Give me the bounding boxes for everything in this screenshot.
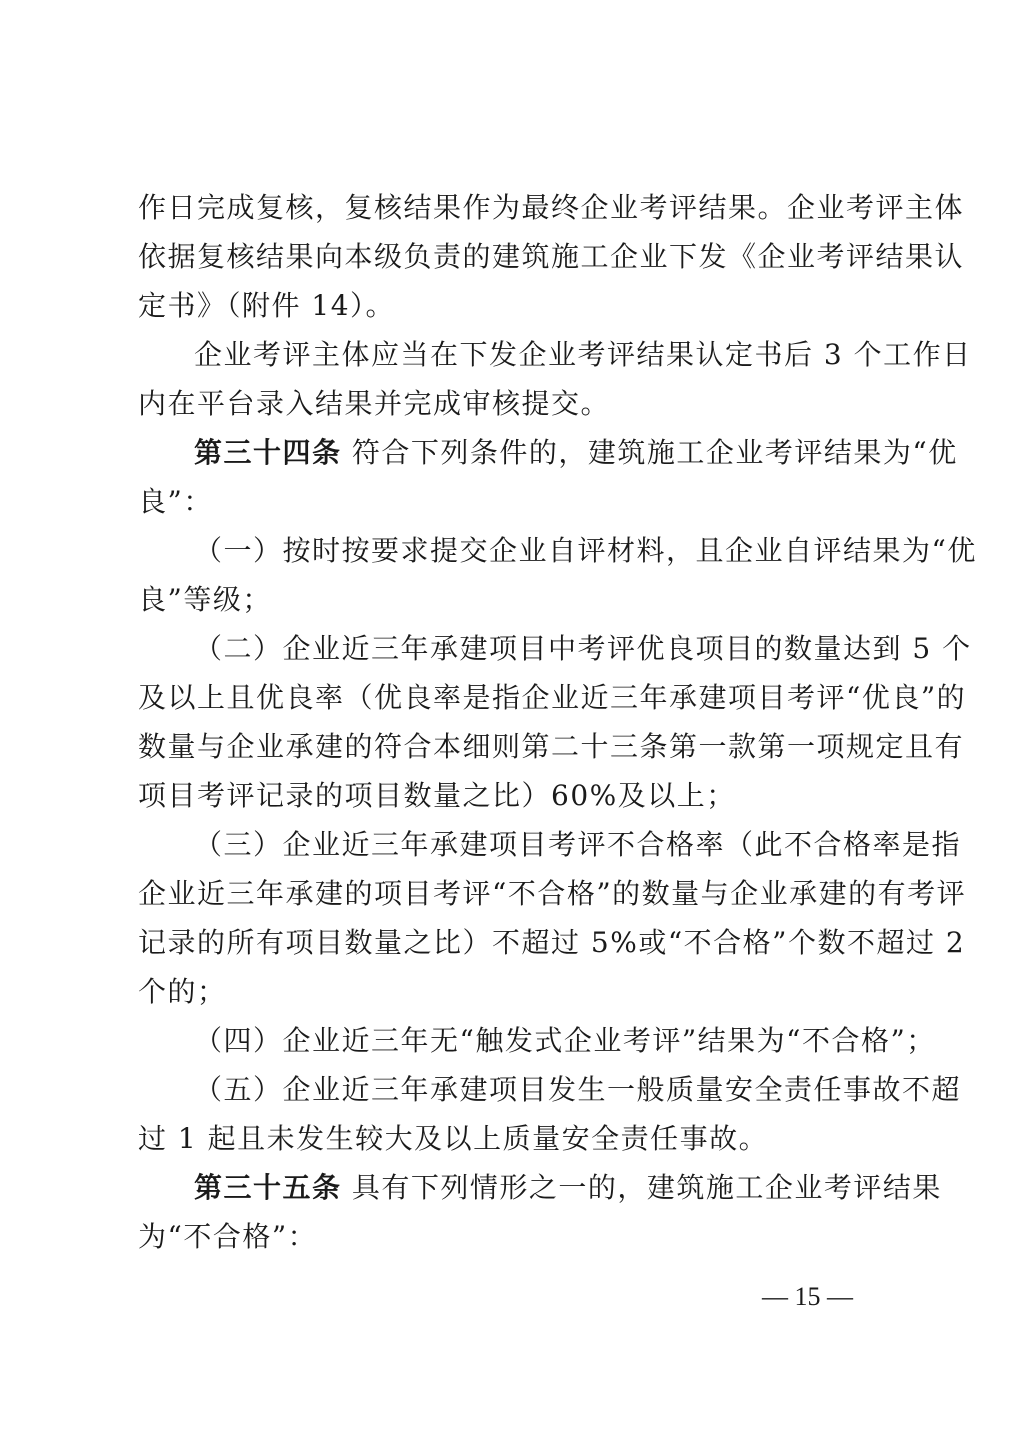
text-line: 为“不合格”： xyxy=(138,1212,890,1261)
paragraph-review-result: 作日完成复核，复核结果作为最终企业考评结果。企业考评主体 依据复核结果向本级负责… xyxy=(138,183,890,330)
text-line: （三）企业近三年承建项目考评不合格率（此不合格率是指 xyxy=(138,820,890,869)
condition-item-1: （一）按时按要求提交企业自评材料，且企业自评结果为“优 良”等级； xyxy=(138,526,890,624)
text-line: 第三十五条 具有下列情形之一的，建筑施工企业考评结果 xyxy=(138,1163,890,1212)
text-line: 过 1 起且未发生较大及以上质量安全责任事故。 xyxy=(138,1114,890,1163)
document-page: 作日完成复核，复核结果作为最终企业考评结果。企业考评主体 依据复核结果向本级负责… xyxy=(138,183,890,1261)
condition-item-4: （四）企业近三年无“触发式企业考评”结果为“不合格”； xyxy=(138,1016,890,1065)
condition-item-5: （五）企业近三年承建项目发生一般质量安全责任事故不超 过 1 起且未发生较大及以… xyxy=(138,1065,890,1163)
page-number: — 15 — xyxy=(762,1282,853,1312)
text-line: 及以上且优良率（优良率是指企业近三年承建项目考评“优良”的 xyxy=(138,673,890,722)
text-line: 良”： xyxy=(138,477,890,526)
article-text: 符合下列条件的，建筑施工企业考评结果为“优 xyxy=(342,436,958,469)
text-line: （二）企业近三年承建项目中考评优良项目的数量达到 5 个 xyxy=(138,624,890,673)
text-line: 企业考评主体应当在下发企业考评结果认定书后 3 个工作日 xyxy=(138,330,890,379)
article-title: 第三十四条 xyxy=(194,436,342,469)
condition-item-2: （二）企业近三年承建项目中考评优良项目的数量达到 5 个 及以上且优良率（优良率… xyxy=(138,624,890,820)
text-line: （一）按时按要求提交企业自评材料，且企业自评结果为“优 xyxy=(138,526,890,575)
condition-item-3: （三）企业近三年承建项目考评不合格率（此不合格率是指 企业近三年承建的项目考评“… xyxy=(138,820,890,1016)
article-34: 第三十四条 符合下列条件的，建筑施工企业考评结果为“优 良”： xyxy=(138,428,890,526)
article-35: 第三十五条 具有下列情形之一的，建筑施工企业考评结果 为“不合格”： xyxy=(138,1163,890,1261)
text-line: 数量与企业承建的符合本细则第二十三条第一款第一项规定且有 xyxy=(138,722,890,771)
text-line: 项目考评记录的项目数量之比）60%及以上； xyxy=(138,771,890,820)
text-line: 记录的所有项目数量之比）不超过 5%或“不合格”个数不超过 2 xyxy=(138,918,890,967)
text-line: 作日完成复核，复核结果作为最终企业考评结果。企业考评主体 xyxy=(138,183,890,232)
paragraph-platform-entry: 企业考评主体应当在下发企业考评结果认定书后 3 个工作日 内在平台录入结果并完成… xyxy=(138,330,890,428)
text-line: 企业近三年承建的项目考评“不合格”的数量与企业承建的有考评 xyxy=(138,869,890,918)
text-line: 良”等级； xyxy=(138,575,890,624)
article-title: 第三十五条 xyxy=(194,1171,342,1204)
text-line: 个的； xyxy=(138,967,890,1016)
text-line: （四）企业近三年无“触发式企业考评”结果为“不合格”； xyxy=(138,1016,890,1065)
text-line: 第三十四条 符合下列条件的，建筑施工企业考评结果为“优 xyxy=(138,428,890,477)
text-line: 内在平台录入结果并完成审核提交。 xyxy=(138,379,890,428)
text-line: 依据复核结果向本级负责的建筑施工企业下发《企业考评结果认 xyxy=(138,232,890,281)
text-line: 定书》（附件 14）。 xyxy=(138,281,890,330)
text-line: （五）企业近三年承建项目发生一般质量安全责任事故不超 xyxy=(138,1065,890,1114)
article-text: 具有下列情形之一的，建筑施工企业考评结果 xyxy=(342,1171,942,1204)
